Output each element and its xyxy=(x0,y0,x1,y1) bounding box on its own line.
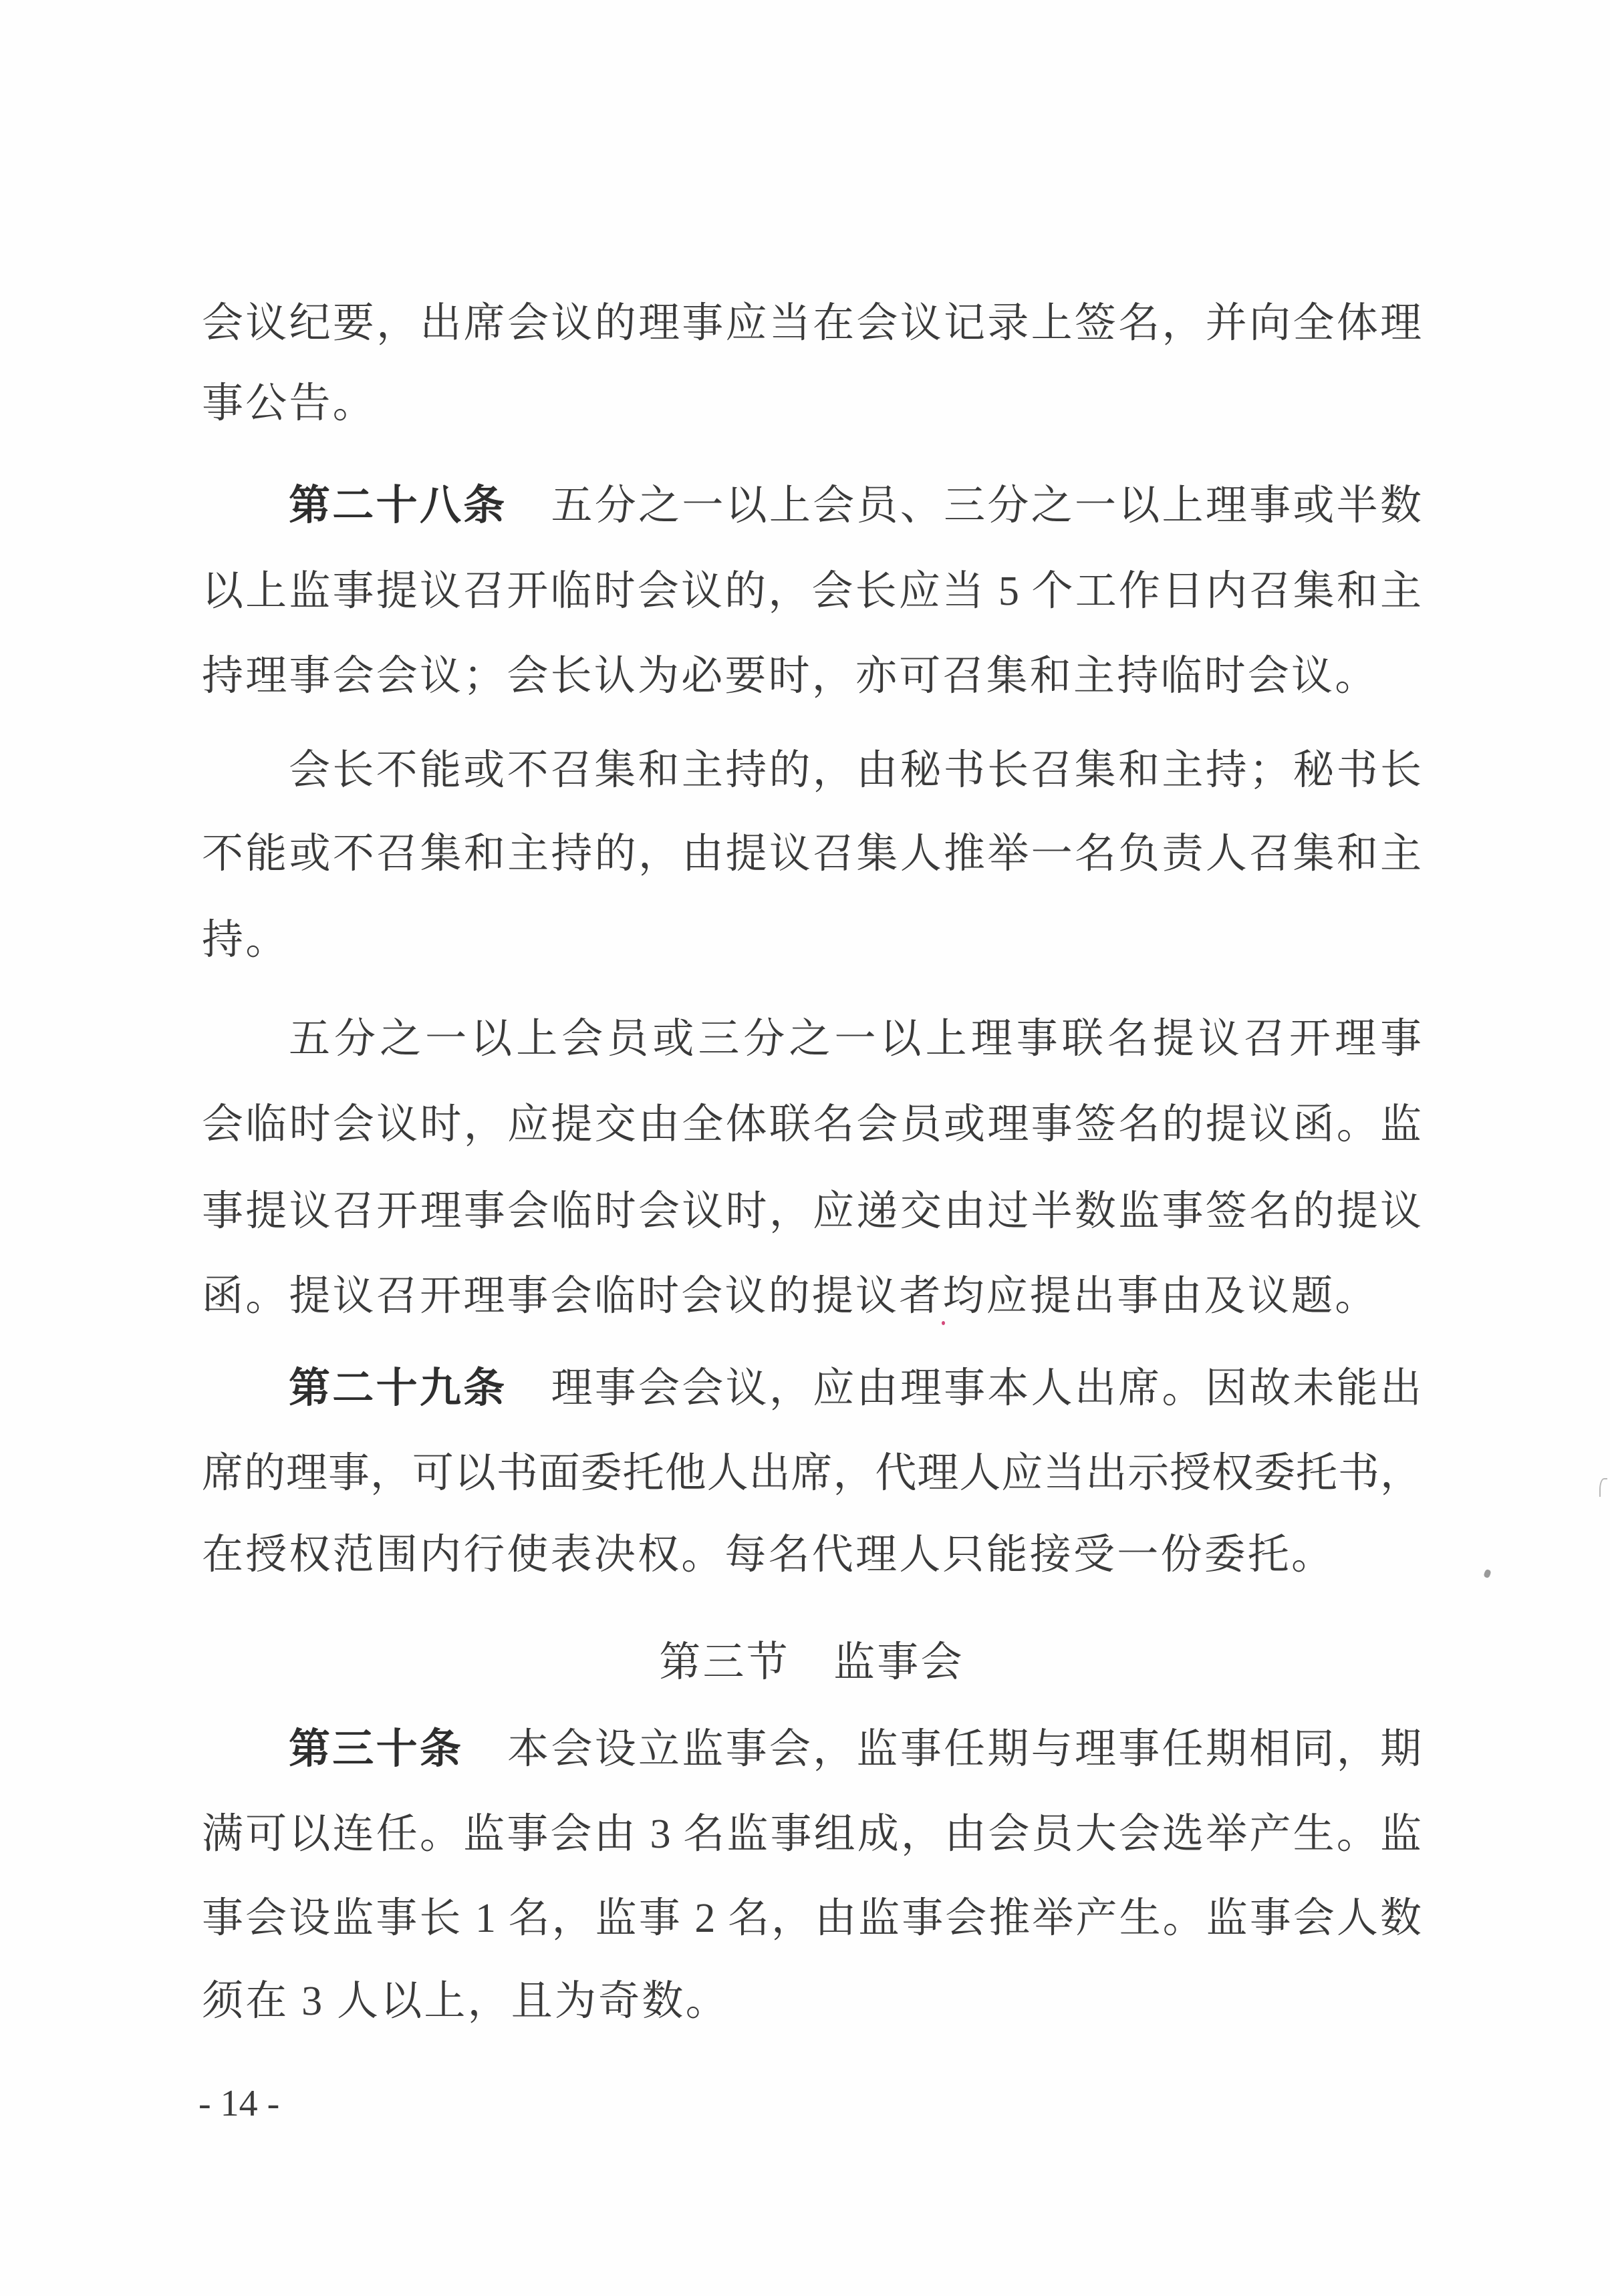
article-28-first-line: 第二十八条五分之一以上会员、三分之一以上理事或半数 xyxy=(289,482,1422,529)
scan-speck-gray xyxy=(1483,1569,1492,1578)
paragraph-line: 函。提议召开理事会临时会议的提议者均应提出事由及议题。 xyxy=(202,1273,1422,1320)
paragraph-line: 事会设监事长 1 名，监事 2 名，由监事会推举产生。监事会人数 xyxy=(202,1895,1422,1942)
scan-speck-curl xyxy=(1599,1478,1607,1497)
paragraph-line: 不能或不召集和主持的，由提议召集人推举一名负责人召集和主 xyxy=(202,831,1422,877)
paragraph-line: 会长不能或不召集和主持的，由秘书长召集和主持；秘书长 xyxy=(289,747,1422,794)
paragraph-line: 事公告。 xyxy=(202,380,1422,427)
paragraph-line: 持理事会会议；会长认为必要时，亦可召集和主持临时会议。 xyxy=(202,653,1422,700)
paragraph-line: 事提议召开理事会临时会议时，应递交由过半数监事签名的提议 xyxy=(202,1188,1422,1235)
scan-speck-red xyxy=(942,1321,945,1325)
paragraph-text: 理事会会议，应由理事本人出席。因故未能出 xyxy=(551,1366,1422,1411)
page-number: - 14 - xyxy=(198,2080,279,2127)
paragraph-line: 满可以连任。监事会由 3 名监事组成，由会员大会选举产生。监 xyxy=(202,1811,1422,1858)
paragraph-line: 五分之一以上会员或三分之一以上理事联名提议召开理事 xyxy=(289,1016,1422,1062)
document-page: 会议纪要，出席会议的理事应当在会议记录上签名，并向全体理 事公告。 第二十八条五… xyxy=(0,0,1610,2296)
paragraph-line: 在授权范围内行使表决权。每名代理人只能接受一份委托。 xyxy=(202,1532,1422,1578)
paragraph-line: 以上监事提议召开临时会议的，会长应当 5 个工作日内召集和主 xyxy=(202,568,1422,615)
paragraph-text: 本会设立监事会，监事任期与理事任期相同，期 xyxy=(507,1727,1422,1772)
article-29-first-line: 第二十九条理事会会议，应由理事本人出席。因故未能出 xyxy=(289,1365,1422,1411)
section-heading: 第三节 监事会 xyxy=(202,1639,1422,1686)
paragraph-text: 五分之一以上会员、三分之一以上理事或半数 xyxy=(551,483,1422,529)
article-label: 第二十九条 xyxy=(289,1363,507,1412)
paragraph-line: 持。 xyxy=(202,917,1422,964)
paragraph-line: 会议纪要，出席会议的理事应当在会议记录上签名，并向全体理 xyxy=(202,300,1422,347)
paragraph-line: 会临时会议时，应提交由全体联名会员或理事签名的提议函。监 xyxy=(202,1101,1422,1148)
article-label: 第二十八条 xyxy=(289,480,507,529)
paragraph-line: 须在 3 人以上，且为奇数。 xyxy=(202,1978,1422,2025)
paragraph-line: 席的理事，可以书面委托他人出席，代理人应当出示授权委托书， xyxy=(202,1450,1422,1497)
article-30-first-line: 第三十条本会设立监事会，监事任期与理事任期相同，期 xyxy=(289,1725,1422,1772)
article-label: 第三十条 xyxy=(289,1724,463,1773)
